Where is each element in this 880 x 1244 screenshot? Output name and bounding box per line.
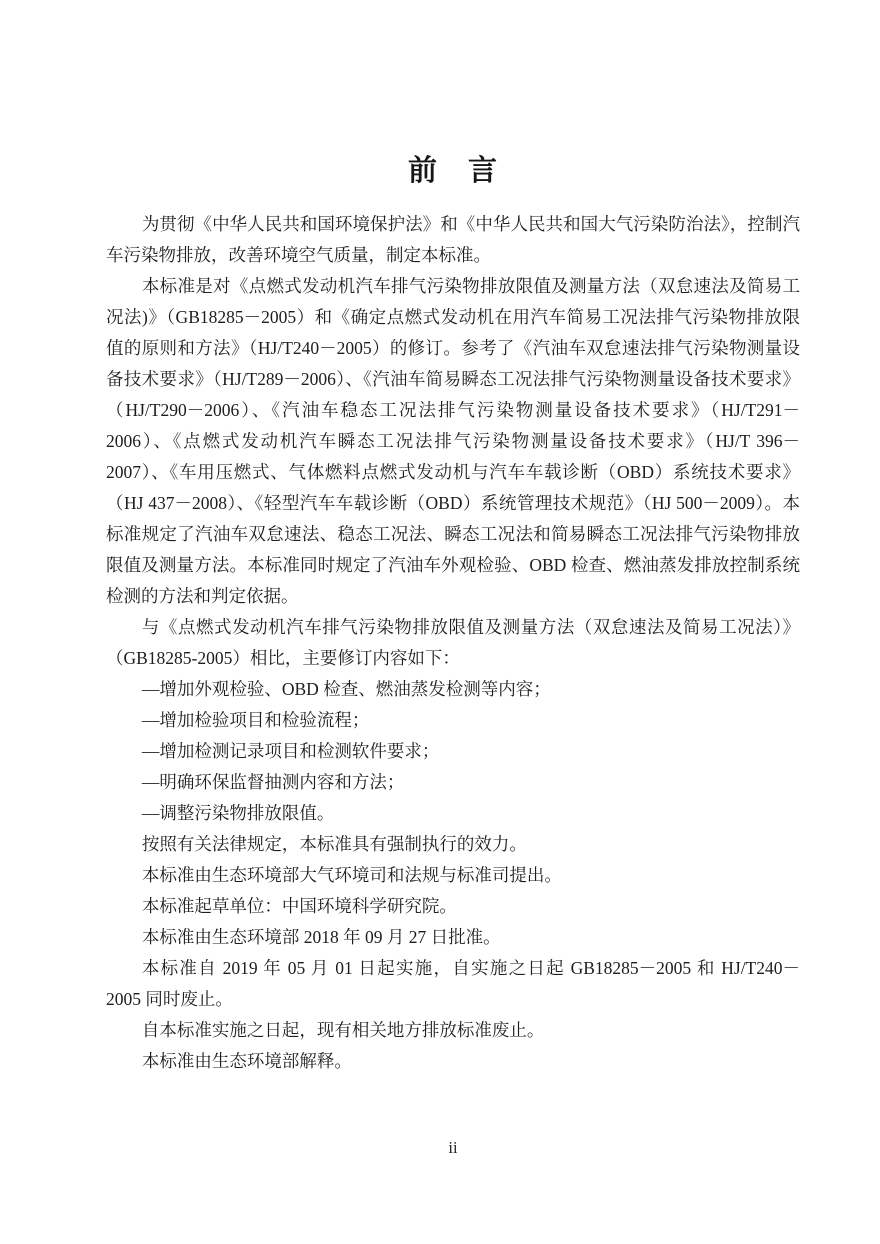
intro-paragraph: 为贯彻《中华人民共和国环境保护法》和《中华人民共和国大气污染防治法》，控制汽车污… [106,209,800,271]
closing-paragraph: 按照有关法律规定，本标准具有强制执行的效力。 [106,829,800,860]
revision-list-item: —增加外观检验、OBD 检查、燃油蒸发检测等内容； [106,674,800,705]
page-footer: ii [106,1136,800,1160]
closing-paragraph: 自本标准实施之日起，现有相关地方排放标准废止。 [106,1015,800,1046]
page-number: ii [448,1138,457,1157]
document-body: 为贯彻《中华人民共和国环境保护法》和《中华人民共和国大气污染防治法》，控制汽车污… [106,209,800,1077]
intro-paragraph: 与《点燃式发动机汽车排气污染物排放限值及测量方法（双怠速法及简易工况法）》（GB… [106,612,800,674]
revision-list-item: —增加检测记录项目和检测软件要求； [106,736,800,767]
intro-paragraph: 本标准是对《点燃式发动机汽车排气污染物排放限值及测量方法（双怠速法及简易工况法)… [106,271,800,612]
closing-paragraph: 本标准起草单位：中国环境科学研究院。 [106,891,800,922]
closing-paragraph: 本标准由生态环境部解释。 [106,1046,800,1077]
closing-paragraph: 本标准由生态环境部 2018 年 09 月 27 日批准。 [106,922,800,953]
closing-paragraph: 本标准由生态环境部大气环境司和法规与标准司提出。 [106,860,800,891]
document-page: 前 言 为贯彻《中华人民共和国环境保护法》和《中华人民共和国大气污染防治法》，控… [0,0,880,1244]
revision-list-item: —明确环保监督抽测内容和方法； [106,767,800,798]
closing-paragraph: 本标准自 2019 年 05 月 01 日起实施，自实施之日起 GB18285－… [106,953,800,1015]
revision-list-item: —调整污染物排放限值。 [106,798,800,829]
revision-list-item: —增加检验项目和检验流程； [106,705,800,736]
document-title: 前 言 [106,150,800,192]
